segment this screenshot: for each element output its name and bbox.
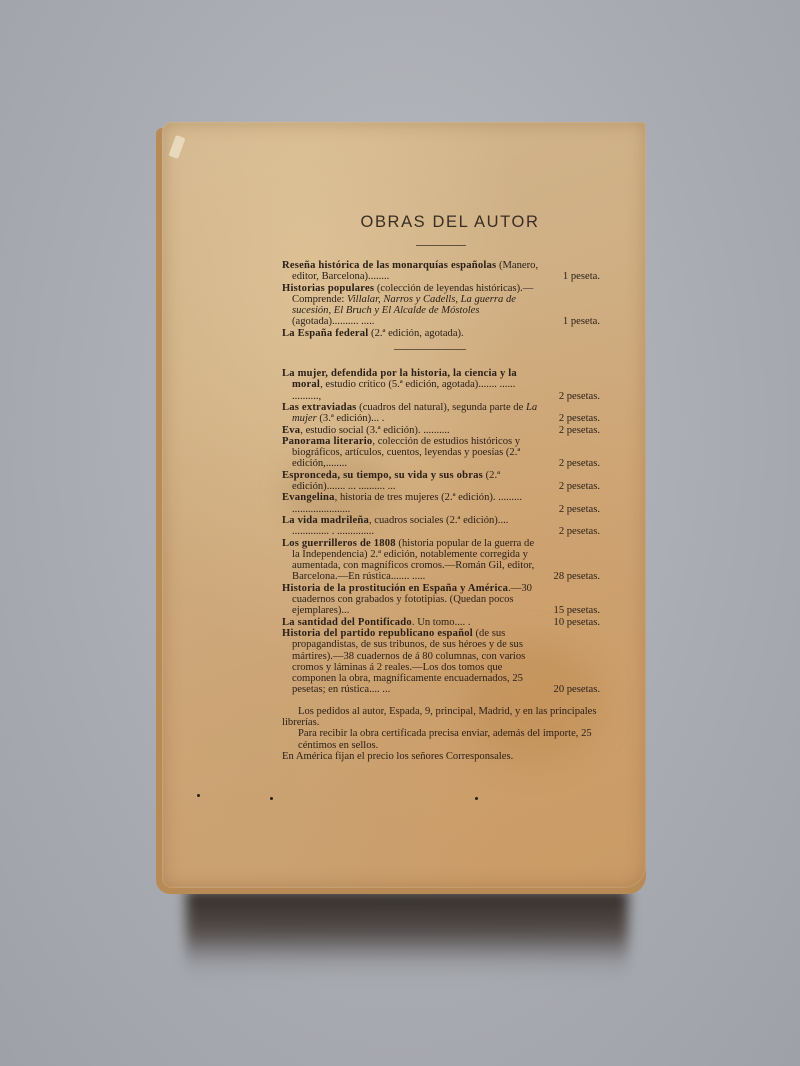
work-title: La España federal [282, 328, 368, 339]
work-desc: (3.ª edición)... . [317, 413, 385, 424]
work-price: 2 pesetas. [544, 504, 600, 515]
work-price: 2 pesetas. [544, 413, 600, 424]
list-item: Historia del partido republicano español… [282, 628, 600, 696]
work-desc: . Un tomo.... . [412, 617, 471, 628]
work-price: 2 pesetas. [544, 425, 600, 436]
work-title: Panorama literario [282, 436, 372, 447]
work-title: Espronceda, su tiempo, su vida y sus obr… [282, 470, 483, 481]
list-item: Espronceda, su tiempo, su vida y sus obr… [282, 470, 600, 493]
list-item: La España federal (2.ª edición, agotada)… [282, 328, 600, 339]
work-price: 1 peseta. [544, 271, 600, 282]
title-rule [416, 245, 466, 246]
list-item: Evangelina, historia de tres mujeres (2.… [282, 492, 600, 515]
wormhole-dot [270, 797, 273, 800]
section-divider [394, 349, 466, 350]
work-title: La santidad del Pontificado [282, 617, 412, 628]
work-desc: (cuadros del natural), segunda parte de [357, 402, 526, 413]
page-title: OBRAS DEL AUTOR [300, 213, 600, 232]
work-price: 2 pesetas. [544, 481, 600, 492]
list-item: Historias populares (colección de leyend… [282, 283, 600, 328]
list-item: Eva, estudio social (3.ª edición). .....… [282, 425, 600, 436]
work-price: 2 pesetas. [544, 458, 600, 469]
list-item: Historia de la prostitución en España y … [282, 583, 600, 617]
wormhole-dot [475, 797, 478, 800]
work-desc: , estudio social (3.ª edición). ........… [300, 425, 449, 436]
work-price: 10 pesetas. [544, 617, 600, 628]
works-list-1: Reseña histórica de las monarquías españ… [282, 260, 600, 339]
work-desc: (agotada).......... ..... [292, 316, 374, 327]
list-item: Los guerrilleros de 1808 (historia popul… [282, 538, 600, 583]
wormhole-dot [197, 794, 200, 797]
work-price: 20 pesetas. [544, 684, 600, 695]
work-title: Evangelina [282, 492, 335, 503]
work-desc: , estudio crítico (5.ª edición, agotada)… [292, 379, 515, 401]
work-title: Eva [282, 425, 300, 436]
list-item: Panorama literario, colección de estudio… [282, 436, 600, 470]
work-title: La vida madrileña [282, 515, 369, 526]
work-title: Historia de la prostitución en España y … [282, 583, 508, 594]
work-title: Historias populares [282, 283, 374, 294]
works-list-2: La mujer, defendida por la historia, la … [282, 368, 600, 696]
list-item: Reseña histórica de las monarquías españ… [282, 260, 600, 283]
work-title: Historia del partido republicano español [282, 628, 473, 639]
torn-corner [169, 135, 186, 159]
list-item: La mujer, defendida por la historia, la … [282, 368, 600, 402]
work-price: 15 pesetas. [544, 605, 600, 616]
work-price: 1 peseta. [544, 316, 600, 327]
list-item: La santidad del Pontificado. Un tomo....… [282, 617, 600, 628]
work-desc: (2.ª edición, agotada). [368, 328, 463, 339]
ordering-info: Los pedidos al autor, Espada, 9, princip… [282, 706, 604, 762]
printed-text-block: OBRAS DEL AUTOR Reseña histórica de las … [282, 213, 600, 762]
list-item: Las extraviadas (cuadros del natural), s… [282, 402, 600, 425]
work-title: Los guerrilleros de 1808 [282, 538, 396, 549]
work-price: 28 pesetas. [544, 571, 600, 582]
ordering-address: Los pedidos al autor, Espada, 9, princip… [282, 706, 604, 729]
shipping-note: Para recibir la obra certificada precisa… [282, 728, 604, 751]
work-title: Las extraviadas [282, 402, 357, 413]
work-title: Reseña histórica de las monarquías españ… [282, 260, 496, 271]
book-shadow [186, 890, 628, 980]
work-price: 2 pesetas. [544, 391, 600, 402]
work-price: 2 pesetas. [544, 526, 600, 537]
list-item: La vida madrileña, cuadros sociales (2.ª… [282, 515, 600, 538]
america-note: En América fijan el precio los señores C… [282, 751, 604, 762]
